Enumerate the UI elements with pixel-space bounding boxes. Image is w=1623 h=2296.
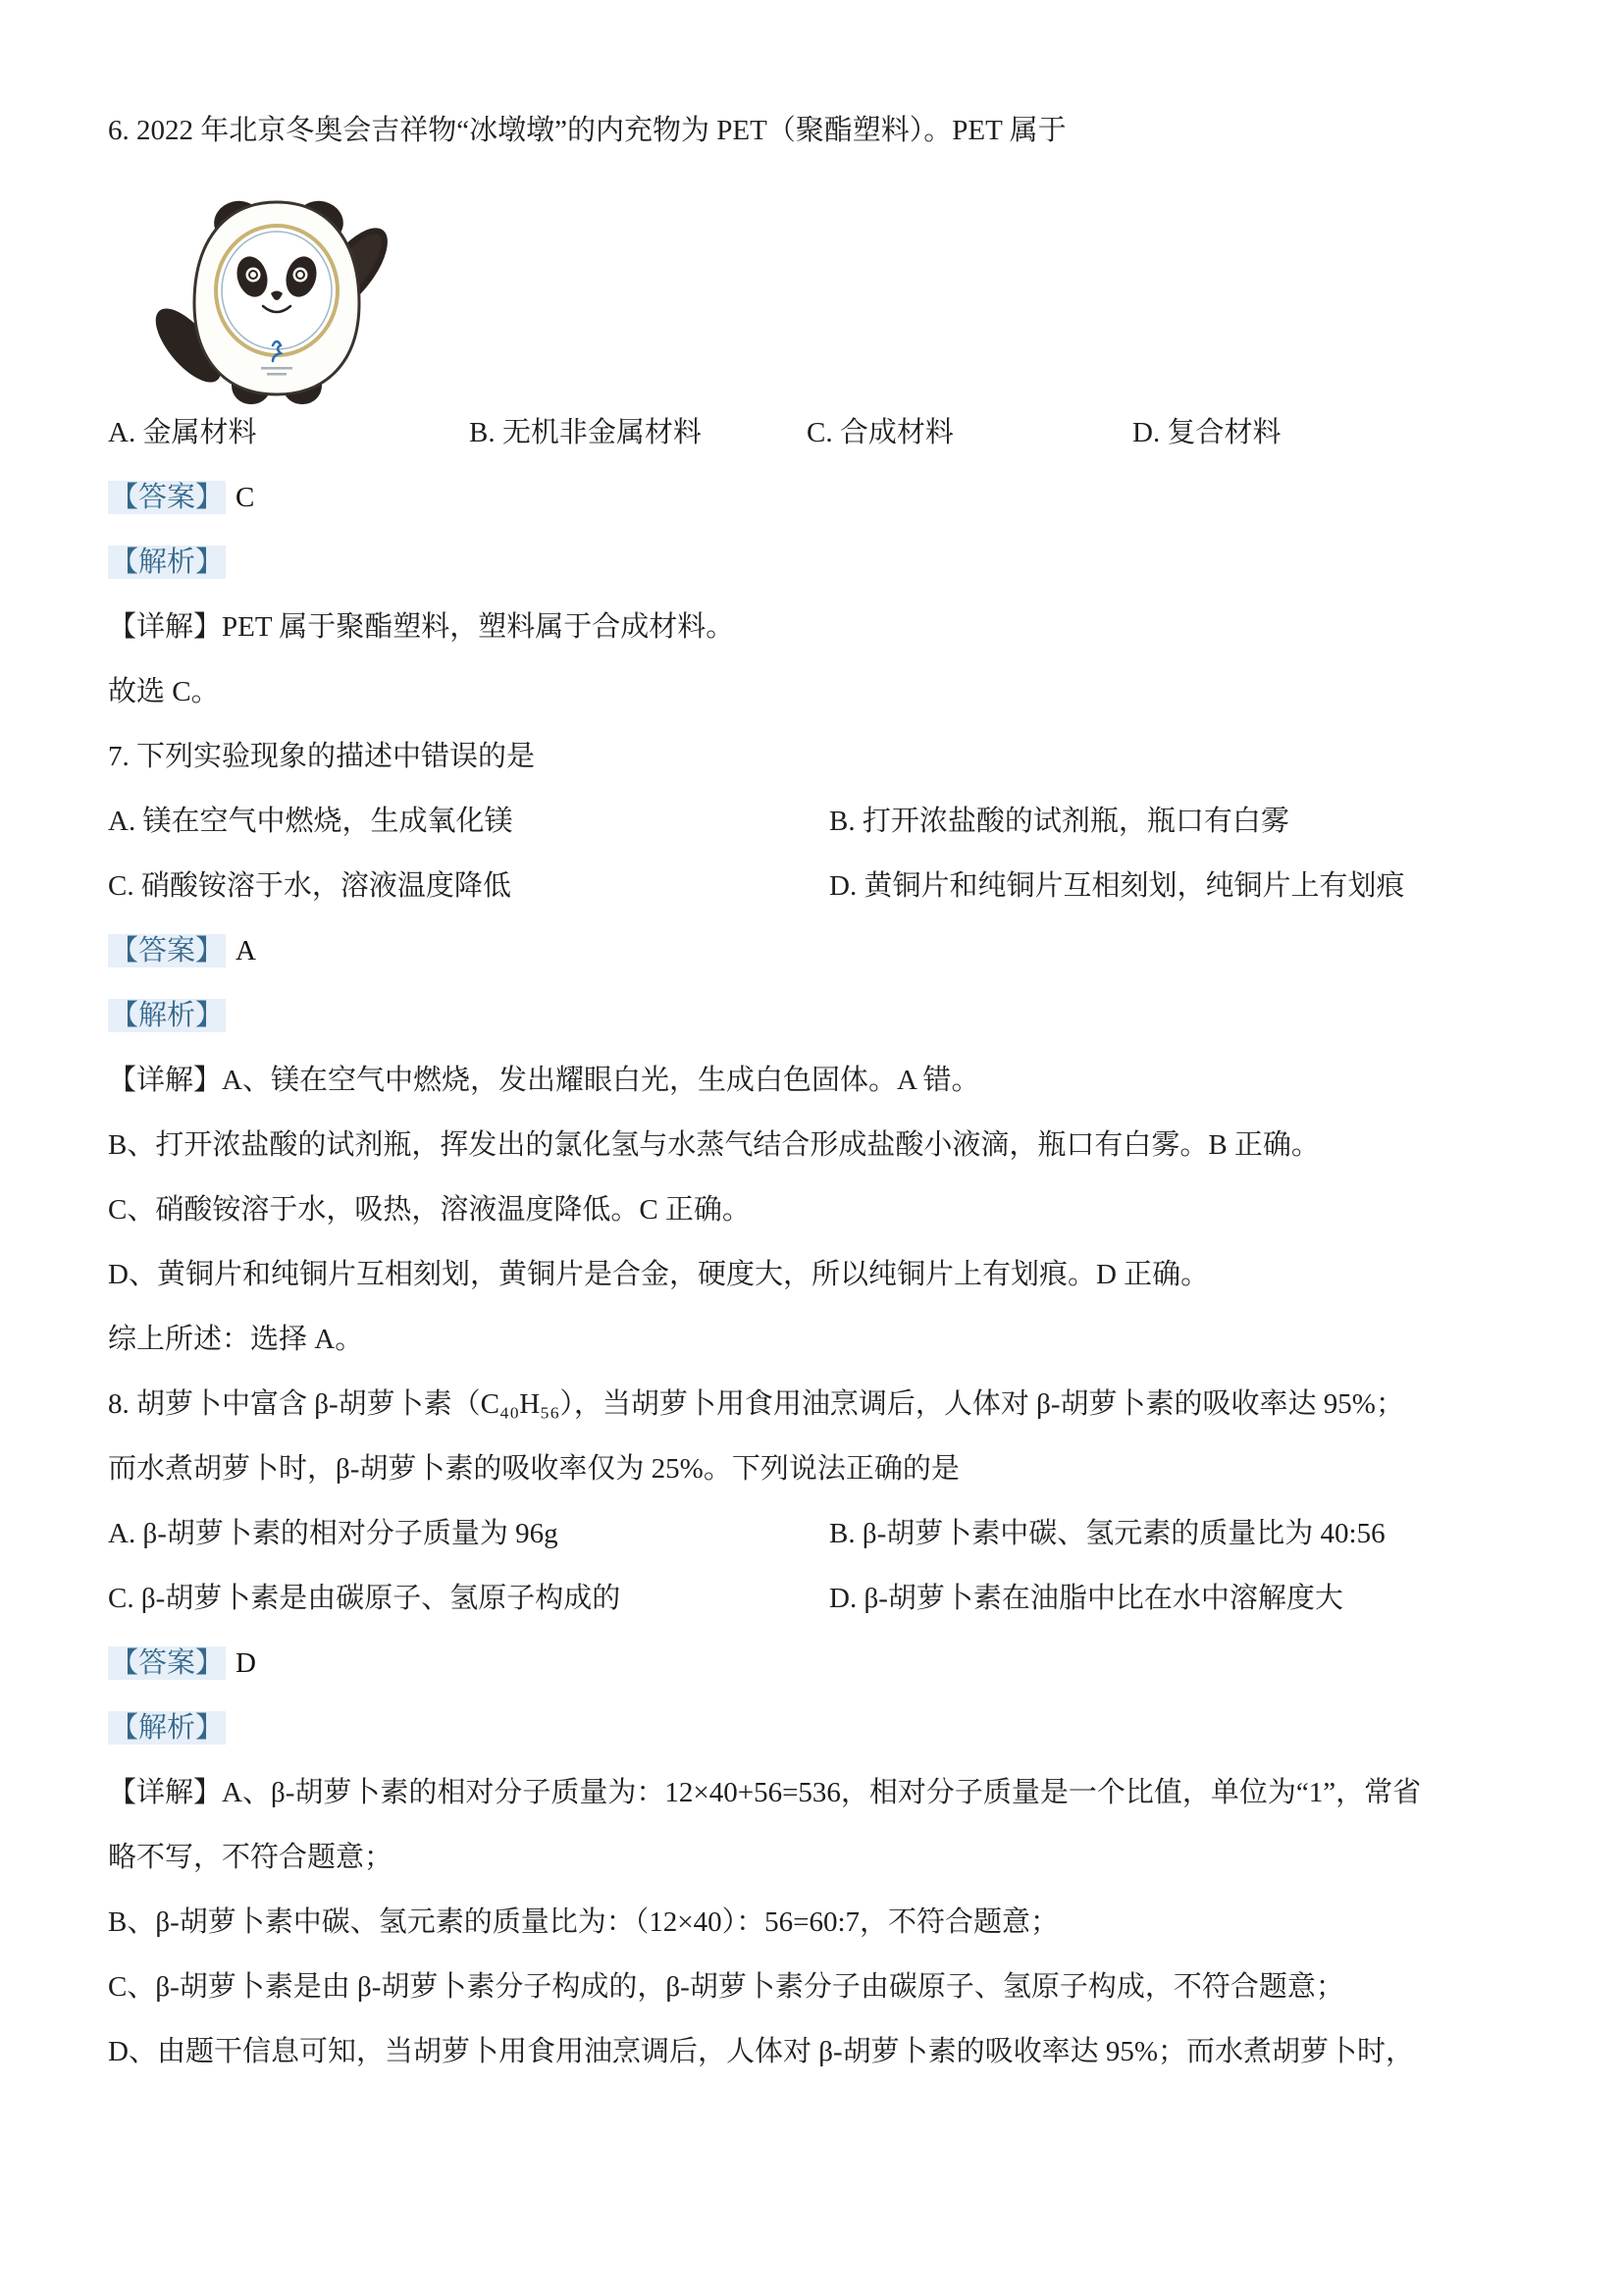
q8-option-c: C. β-胡萝卜素是由碳原子、氢原子构成的 [108,1584,829,1613]
q7-detail-5: 综上所述：选择 A。 [108,1325,1525,1354]
q8-answer-value: D [236,1647,256,1679]
q7-option-b: B. 打开浓盐酸的试剂瓶，瓶口有白雾 [829,807,1525,836]
q8-detail-3: B、β-胡萝卜素中碳、氢元素的质量比为：（12×40）：56=60:7，不符合题… [108,1907,1525,1937]
q6-options: A. 金属材料 B. 无机非金属材料 C. 合成材料 D. 复合材料 [108,418,1525,447]
q6-detail-1: 【详解】PET 属于聚酯塑料，塑料属于合成材料。 [108,612,1525,642]
q8-detail-1: 【详解】A、β-胡萝卜素的相对分子质量为：12×40+56=536，相对分子质量… [108,1778,1525,1807]
answer-label: 【答案】 [108,934,226,967]
q6-option-c: C. 合成材料 [807,418,1132,447]
analysis-label: 【解析】 [108,1711,226,1745]
q8-stem-line2: 而水煮胡萝卜时，β-胡萝卜素的吸收率仅为 25%。下列说法正确的是 [108,1454,1525,1484]
q8-stem-line1: 8. 胡萝卜中富含 β-胡萝卜素（C₄₀H₅₆），当胡萝卜用食用油烹调后，人体对… [108,1389,1525,1419]
mascot-image [128,181,1525,410]
q6-stem: 6. 2022 年北京冬奥会吉祥物“冰墩墩”的内充物为 PET（聚酯塑料）。PE… [108,116,1525,145]
q6-analysis-line: 【解析】 [108,548,1525,577]
q7-analysis-line: 【解析】 [108,1001,1525,1030]
q8-options-row2: C. β-胡萝卜素是由碳原子、氢原子构成的 D. β-胡萝卜素在油脂中比在水中溶… [108,1584,1525,1613]
q6-answer-value: C [236,482,254,513]
q7-detail-2: B、打开浓盐酸的试剂瓶，挥发出的氯化氢与水蒸气结合形成盐酸小液滴，瓶口有白雾。B… [108,1130,1525,1160]
q8-detail-5: D、由题干信息可知，当胡萝卜用食用油烹调后，人体对 β-胡萝卜素的吸收率达 95… [108,2037,1525,2066]
q8-option-d: D. β-胡萝卜素在油脂中比在水中溶解度大 [829,1584,1525,1613]
q7-detail-1: 【详解】A、镁在空气中燃烧，发出耀眼白光，生成白色固体。A 错。 [108,1066,1525,1095]
q8-option-b: B. β-胡萝卜素中碳、氢元素的质量比为 40:56 [829,1519,1525,1548]
q8-options-row1: A. β-胡萝卜素的相对分子质量为 96g B. β-胡萝卜素中碳、氢元素的质量… [108,1519,1525,1548]
q6-option-b: B. 无机非金属材料 [469,418,807,447]
q6-answer-line: 【答案】C [108,483,1525,512]
q8-analysis-line: 【解析】 [108,1713,1525,1743]
answer-label: 【答案】 [108,1646,226,1680]
q6-option-d: D. 复合材料 [1132,418,1525,447]
q7-stem: 7. 下列实验现象的描述中错误的是 [108,742,1525,771]
q7-detail-4: D、黄铜片和纯铜片互相刻划，黄铜片是合金，硬度大，所以纯铜片上有划痕。D 正确。 [108,1260,1525,1289]
q7-detail-3: C、硝酸铵溶于水，吸热，溶液温度降低。C 正确。 [108,1195,1525,1225]
answer-label: 【答案】 [108,481,226,514]
q7-option-d: D. 黄铜片和纯铜片互相刻划，纯铜片上有划痕 [829,871,1525,901]
q7-option-c: C. 硝酸铵溶于水，溶液温度降低 [108,871,829,901]
q7-option-a: A. 镁在空气中燃烧，生成氧化镁 [108,807,829,836]
q6-detail-2: 故选 C。 [108,677,1525,706]
q7-options-row1: A. 镁在空气中燃烧，生成氧化镁 B. 打开浓盐酸的试剂瓶，瓶口有白雾 [108,807,1525,836]
q8-detail-2: 略不写，不符合题意； [108,1843,1525,1872]
analysis-label: 【解析】 [108,999,226,1032]
q6-option-a: A. 金属材料 [108,418,469,447]
q8-answer-line: 【答案】D [108,1648,1525,1678]
q8-option-a: A. β-胡萝卜素的相对分子质量为 96g [108,1519,829,1548]
q7-answer-line: 【答案】A [108,936,1525,965]
q7-options-row2: C. 硝酸铵溶于水，溶液温度降低 D. 黄铜片和纯铜片互相刻划，纯铜片上有划痕 [108,871,1525,901]
exam-page: 6. 2022 年北京冬奥会吉祥物“冰墩墩”的内充物为 PET（聚酯塑料）。PE… [0,0,1623,2066]
bing-dwen-dwen-icon [128,181,424,410]
analysis-label: 【解析】 [108,546,226,579]
q8-detail-4: C、β-胡萝卜素是由 β-胡萝卜素分子构成的，β-胡萝卜素分子由碳原子、氢原子构… [108,1972,1525,2002]
q7-answer-value: A [236,935,256,966]
